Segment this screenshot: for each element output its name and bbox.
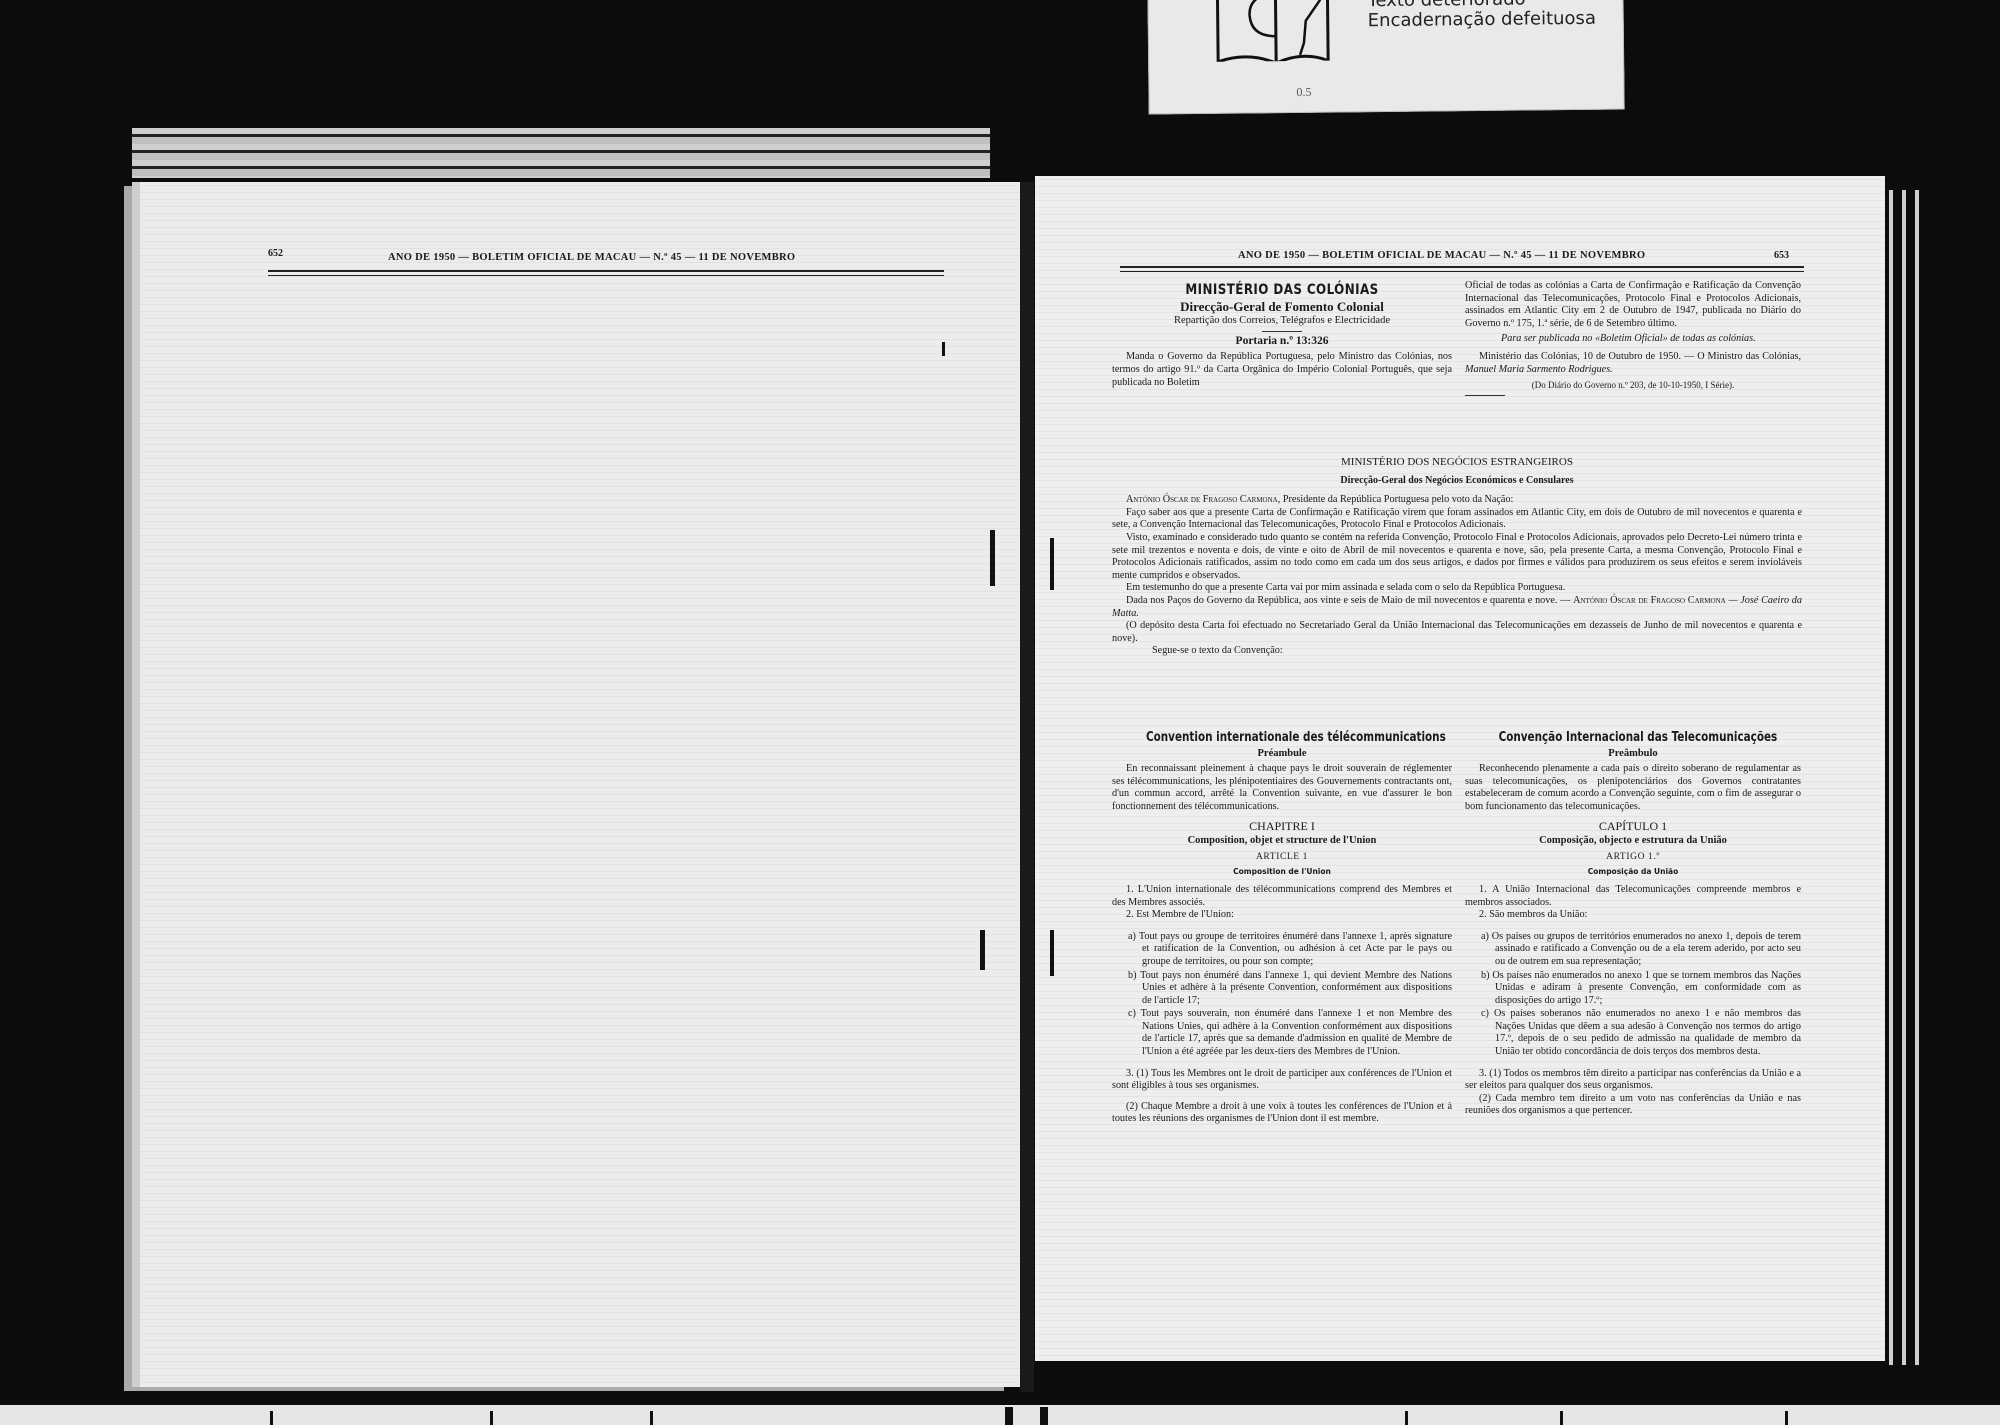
french-article: ARTICLE 1 (1112, 851, 1452, 864)
charter-paragraph-3: Em testemunho do que a presente Carta va… (1112, 582, 1802, 595)
spacer (1112, 1093, 1452, 1101)
french-preamble: En reconnaissant pleinement à chaque pay… (1112, 763, 1452, 813)
portuguese-preamble: Reconhecendo plenamente a cada país o di… (1465, 763, 1801, 813)
portuguese-article: ARTIGO 1.º (1465, 851, 1801, 864)
tick-mark (270, 1411, 273, 1425)
charter-paragraph-1: Faço saber aos que a presente Carta de C… (1112, 507, 1802, 532)
portuguese-item-a: a) Os países ou grupos de territórios en… (1465, 931, 1801, 969)
tick-mark (1785, 1411, 1788, 1425)
left-page (140, 182, 1020, 1387)
tick-mark (650, 1411, 653, 1425)
french-convention-column: Convention internationale des télécommun… (1112, 730, 1452, 1126)
right-header-rule-2 (1120, 271, 1804, 272)
next-frame-edge (0, 1405, 2000, 1425)
right-page-stack-edges (1885, 190, 1921, 1365)
left-header-rule (268, 270, 944, 272)
portuguese-preamble-title: Preâmbulo (1465, 748, 1801, 761)
french-convention-title: Convention internationale des télécommun… (1146, 732, 1418, 745)
direction-heading: Direcção-Geral de Fomento Colonial (1112, 301, 1452, 314)
left-header-rule-2 (268, 275, 944, 276)
charter-paragraph-4: Dada nos Paços do Governo da República, … (1112, 595, 1802, 620)
french-item-c: c) Tout pays souverain, non énuméré dans… (1112, 1008, 1452, 1058)
french-article-title: Composition de l'Union (1112, 866, 1452, 879)
spacer (1465, 1060, 1801, 1068)
department-heading: Repartição dos Correios, Telégrafos e El… (1112, 315, 1452, 328)
tick-mark (1005, 1407, 1013, 1425)
spacer (1112, 1060, 1452, 1068)
short-rule (1465, 395, 1505, 396)
signature-text: Ministério das Colónias, 10 de Outubro d… (1479, 351, 1801, 362)
french-item-a: a) Tout pays ou groupe de territoires én… (1112, 931, 1452, 969)
short-rule (1262, 331, 1302, 332)
charter-paragraph-6: Segue-se o texto da Convenção: (1112, 645, 1802, 658)
portuguese-p1: 1. A União Internacional das Telecomunic… (1465, 884, 1801, 909)
label-text-binding: Encadernação defeituosa (1368, 8, 1596, 31)
tick-mark (490, 1411, 493, 1425)
charter-paragraph-2: Visto, examinado e considerado tudo quan… (1112, 532, 1802, 582)
speck (1050, 930, 1054, 976)
source-note: (Do Diário do Governo n.º 203, de 10-10-… (1465, 379, 1801, 392)
right-header-rule (1120, 266, 1804, 268)
president-title: , Presidente da República Portuguesa pel… (1278, 494, 1514, 505)
french-item-b: b) Tout pays non énuméré dans l'annexe 1… (1112, 970, 1452, 1008)
portuguese-p2: 2. São membros da União: (1465, 909, 1801, 922)
charter-paragraph-5: (O depósito desta Carta foi efectuado no… (1112, 620, 1802, 645)
charter-president-name: António Óscar de Fragoso Carmona (1573, 595, 1726, 606)
portuguese-convention-title: Convenção Internacional das Telecomunica… (1499, 732, 1768, 745)
tick-mark (1040, 1407, 1048, 1425)
french-chapter: CHAPITRE I (1112, 820, 1452, 833)
foreign-affairs-charter: MINISTÉRIO DOS NEGÓCIOS ESTRANGEIROS Dir… (1112, 456, 1802, 658)
president-line: António Óscar de Fragoso Carmona, Presid… (1112, 494, 1802, 507)
signature-paragraph: Ministério das Colónias, 10 de Outubro d… (1465, 351, 1801, 376)
french-chapter-title: Composition, objet et structure de l'Uni… (1112, 835, 1452, 848)
french-p3: 3. (1) Tous les Membres ont le droit de … (1112, 1068, 1452, 1093)
portuguese-item-b: b) Os países não enumerados no anexo 1 q… (1465, 970, 1801, 1008)
left-running-header: ANO DE 1950 — BOLETIM OFICIAL DE MACAU —… (388, 252, 795, 263)
signatory-name: Manuel Maria Sarmento Rodrigues. (1465, 364, 1613, 375)
portuguese-chapter: CAPÍTULO 1 (1465, 820, 1801, 833)
speck (1050, 538, 1054, 590)
spacer (1465, 922, 1801, 930)
colonies-decree-continuation: Oficial de todas as colónias a Carta de … (1465, 280, 1801, 399)
left-page-stack-edges (132, 128, 990, 178)
french-p2: 2. Est Membre de l'Union: (1112, 909, 1452, 922)
right-page-number: 653 (1774, 250, 1789, 261)
damaged-book-icon (1187, 0, 1348, 62)
portuguese-p3: 3. (1) Todos os membros têm direito a pa… (1465, 1068, 1801, 1093)
french-p4: (2) Chaque Membre a droit à une voix à t… (1112, 1101, 1452, 1126)
decree-paragraph: Manda o Governo da República Portuguesa,… (1112, 351, 1452, 389)
portuguese-convention-column: Convenção Internacional das Telecomunica… (1465, 730, 1801, 1118)
tick-mark (1560, 1411, 1563, 1425)
speck (980, 930, 985, 970)
publication-note: Para ser publicada no «Boletim Oficial» … (1465, 333, 1801, 346)
decree-continuation: Oficial de todas as colónias a Carta de … (1465, 280, 1801, 330)
portaria-heading: Portaria n.º 13:326 (1112, 335, 1452, 348)
tick-mark (1405, 1411, 1408, 1425)
foreign-ministry-heading: MINISTÉRIO DOS NEGÓCIOS ESTRANGEIROS (1112, 456, 1802, 469)
label-mark: 0.5 (1296, 85, 1311, 100)
book-gutter (1020, 182, 1034, 1392)
portuguese-p4: (2) Cada membro tem direito a um voto na… (1465, 1093, 1801, 1118)
french-p1: 1. L'Union internationale des télécommun… (1112, 884, 1452, 909)
portuguese-chapter-title: Composição, objecto e estrutura da União (1465, 835, 1801, 848)
speck (942, 342, 945, 356)
archive-label-card: Texto deteriorado Encadernação defeituos… (1147, 0, 1624, 114)
ministry-heading: MINISTÉRIO DAS COLÓNIAS (1138, 284, 1427, 297)
french-preamble-title: Préambule (1112, 748, 1452, 761)
left-page-number: 652 (268, 248, 283, 259)
president-name: António Óscar de Fragoso Carmona (1126, 494, 1278, 505)
spacer (1112, 922, 1452, 930)
foreign-direction-heading: Direcção-Geral dos Negócios Económicos e… (1112, 475, 1802, 488)
portuguese-article-title: Composição da União (1465, 866, 1801, 879)
right-running-header: ANO DE 1950 — BOLETIM OFICIAL DE MACAU —… (1238, 250, 1645, 261)
portuguese-item-c: c) Os países soberanos não enumerados no… (1465, 1008, 1801, 1058)
colonies-decree-column: MINISTÉRIO DAS COLÓNIAS Direcção-Geral d… (1112, 280, 1452, 389)
speck (990, 530, 995, 586)
charter-date-text: Dada nos Paços do Governo da República, … (1126, 595, 1573, 606)
